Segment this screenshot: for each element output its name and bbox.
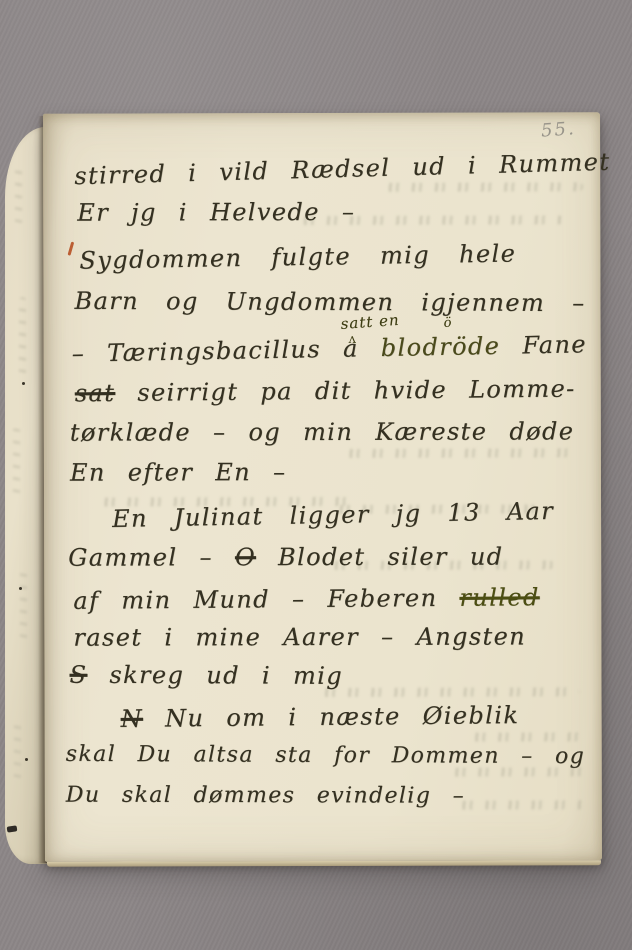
handwriting-line: sat seirrigt pa dit hvide Lomme- — [75, 375, 576, 408]
page-number: 55. — [541, 118, 577, 141]
strikethrough-word: rulled — [459, 583, 539, 612]
ghost-writing-line — [383, 182, 583, 192]
handwriting-text: raset i mine Aarer – Angsten — [73, 622, 526, 651]
red-accent-mark — [68, 242, 75, 256]
handwriting-text: af min Mund – Feberen — [73, 584, 459, 615]
handwriting-text: Du skal dømmes evindelig – — [66, 783, 465, 809]
handwriting-text: Blodet siler ud — [256, 543, 504, 572]
handwriting-line: S skreg ud i mig — [69, 661, 343, 690]
ink-speck — [22, 382, 25, 385]
manuscript-page: 55. stirred i vild Rædsel ud i Rummet Er… — [43, 112, 602, 861]
handwriting-text: Fane — [500, 330, 587, 360]
ghost-writing-mark — [14, 717, 21, 782]
ghost-writing-line — [470, 732, 585, 741]
handwriting-line: af min Mund – Feberen rulled — [73, 583, 540, 615]
handwriting-line: tørklæde – og min Kæreste døde — [70, 417, 575, 446]
insertion-above-line: satt en — [340, 311, 400, 333]
strikethrough-word: sat — [75, 379, 116, 407]
handwriting-text: Barn og Ungdommen igjennem – — [74, 287, 585, 317]
handwriting-text: seirrigt pa dit hvide Lomme- — [115, 375, 576, 407]
handwriting-line: Sygdommen fulgte mig hele — [79, 239, 516, 274]
ghost-writing-line — [457, 800, 585, 809]
handwriting-text: tørklæde – og min Kæreste døde — [70, 417, 575, 446]
ghost-writing-mark — [13, 427, 20, 497]
strikethrough-word: S — [69, 661, 87, 689]
handwriting-text: – Tæringsbacillus a — [71, 334, 381, 368]
ghost-writing-mark — [15, 167, 22, 227]
photo-background: 55. stirred i vild Rædsel ud i Rummet Er… — [0, 0, 632, 950]
handwriting-text: Sygdommen fulgte mig hele — [79, 239, 516, 274]
handwriting-line: raset i mine Aarer – Angsten — [73, 622, 526, 651]
corrected-word: blodröde — [380, 332, 500, 362]
ghost-writing-mark — [19, 297, 26, 377]
handwriting-line: skal Du altsa sta for Dommen – og — [66, 742, 586, 769]
handwriting-line: Du skal dømmes evindelig – — [66, 783, 465, 809]
ghost-writing-mark — [20, 567, 27, 642]
handwriting-text: skreg ud i mig — [87, 661, 343, 690]
strikethrough-word: N — [120, 705, 143, 733]
handwriting-text: Gammel – — [68, 543, 235, 571]
ink-speck — [25, 758, 28, 761]
ink-speck — [19, 587, 22, 590]
ghost-writing-line — [344, 448, 579, 458]
handwriting-text: En efter En – — [70, 458, 287, 487]
handwriting-line: Barn og Ungdommen igjennem – — [74, 287, 585, 317]
umlaut-correction-mark: ö — [443, 315, 453, 331]
handwriting-line: N Nu om i næste Øieblik — [120, 701, 519, 733]
handwriting-line: – Tæringsbacillus a blodröde Fane — [71, 330, 587, 367]
ghost-writing-line — [320, 687, 580, 697]
handwriting-line: En efter En – — [70, 458, 287, 487]
handwriting-line: Er jg i Helvede – — [77, 198, 355, 227]
handwriting-line: Gammel – O Blodet siler ud — [68, 543, 503, 572]
handwriting-text: skal Du altsa sta for Dommen – og — [66, 742, 586, 769]
handwriting-text: Er jg i Helvede – — [77, 198, 355, 227]
handwriting-text: Nu om i næste Øieblik — [143, 701, 520, 733]
strikethrough-word: O — [235, 543, 256, 571]
